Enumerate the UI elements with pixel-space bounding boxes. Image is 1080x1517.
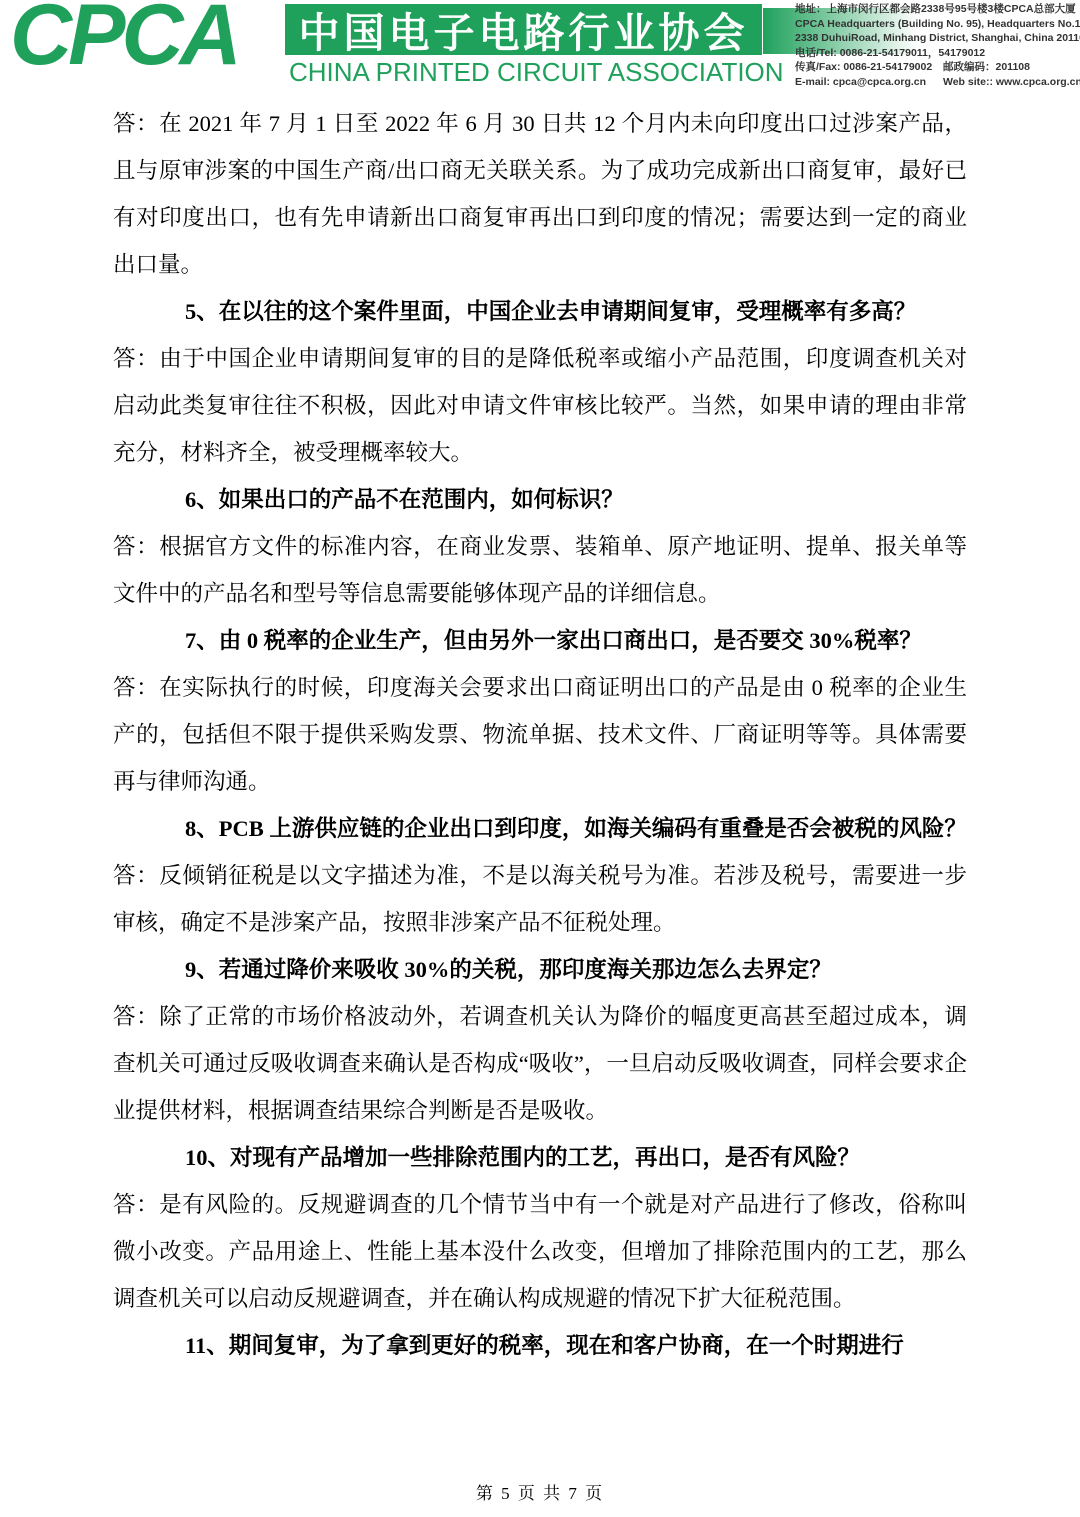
address-line-cn: 地址：上海市闵行区都会路2338号95号楼3楼CPCA总部大厦 — [795, 2, 1080, 17]
cpca-logo: CPCA — [10, 0, 238, 85]
org-name-banner: 中国电子电路行业协会 — [285, 4, 762, 55]
address-line-en2: 2338 DuhuiRoad, Minhang District, Shangh… — [795, 31, 1080, 46]
answer-paragraph: 答：反倾销征税是以文字描述为准，不是以海关税号为准。若涉及税号，需要进一步审核，… — [113, 852, 967, 946]
website-url: Web site:: www.cpca.org.cn — [943, 75, 1080, 90]
question-paragraph: 8、PCB 上游供应链的企业出口到印度，如海关编码有重叠是否会被税的风险？ — [113, 805, 967, 852]
document-body: 答：在 2021 年 7 月 1 日至 2022 年 6 月 30 日共 12 … — [113, 100, 967, 1369]
answer-paragraph: 答：是有风险的。反规避调查的几个情节当中有一个就是对产品进行了修改，俗称叫微小改… — [113, 1181, 967, 1322]
postal-code: 邮政编码：201108 — [943, 60, 1030, 75]
email-address: E-mail: cpca@cpca.org.cn — [795, 75, 943, 90]
question-paragraph: 10、对现有产品增加一些排除范围内的工艺，再出口，是否有风险？ — [113, 1134, 967, 1181]
address-line-en1: CPCA Headquarters (Building No. 95), Hea… — [795, 17, 1080, 32]
question-paragraph: 5、在以往的这个案件里面，中国企业去申请期间复审，受理概率有多高？ — [113, 288, 967, 335]
telephone-line: 电话/Tel: 0086-21-54179011，54179012 — [795, 46, 1080, 61]
document-page: CPCA 中国电子电路行业协会 CHINA PRINTED CIRCUIT AS… — [0, 0, 1080, 1517]
contact-address-block: 地址：上海市闵行区都会路2338号95号楼3楼CPCA总部大厦 CPCA Hea… — [795, 2, 1080, 90]
answer-paragraph: 答：除了正常的市场价格波动外，若调查机关认为降价的幅度更高甚至超过成本，调查机关… — [113, 993, 967, 1134]
org-name-english: CHINA PRINTED CIRCUIT ASSOCIATION — [289, 57, 766, 88]
page-number-footer: 第 5 页 共 7 页 — [0, 1479, 1080, 1504]
email-web-line: E-mail: cpca@cpca.org.cn Web site:: www.… — [795, 75, 1080, 90]
answer-paragraph: 答：根据官方文件的标准内容，在商业发票、装箱单、原产地证明、提单、报关单等文件中… — [113, 523, 967, 617]
fax-number: 传真/Fax: 0086-21-54179002 — [795, 60, 943, 75]
answer-paragraph: 答：在实际执行的时候，印度海关会要求出口商证明出口的产品是由 0 税率的企业生产… — [113, 664, 967, 805]
question-paragraph: 11、期间复审，为了拿到更好的税率，现在和客户协商，在一个时期进行 — [113, 1322, 967, 1369]
question-paragraph: 6、如果出口的产品不在范围内，如何标识？ — [113, 476, 967, 523]
fax-postal-line: 传真/Fax: 0086-21-54179002 邮政编码：201108 — [795, 60, 1080, 75]
answer-paragraph: 答：在 2021 年 7 月 1 日至 2022 年 6 月 30 日共 12 … — [113, 100, 967, 288]
question-paragraph: 7、由 0 税率的企业生产，但由另外一家出口商出口，是否要交 30%税率？ — [113, 617, 967, 664]
question-paragraph: 9、若通过降价来吸收 30%的关税，那印度海关那边怎么去界定？ — [113, 946, 967, 993]
answer-paragraph: 答：由于中国企业申请期间复审的目的是降低税率或缩小产品范围，印度调查机关对启动此… — [113, 335, 967, 476]
